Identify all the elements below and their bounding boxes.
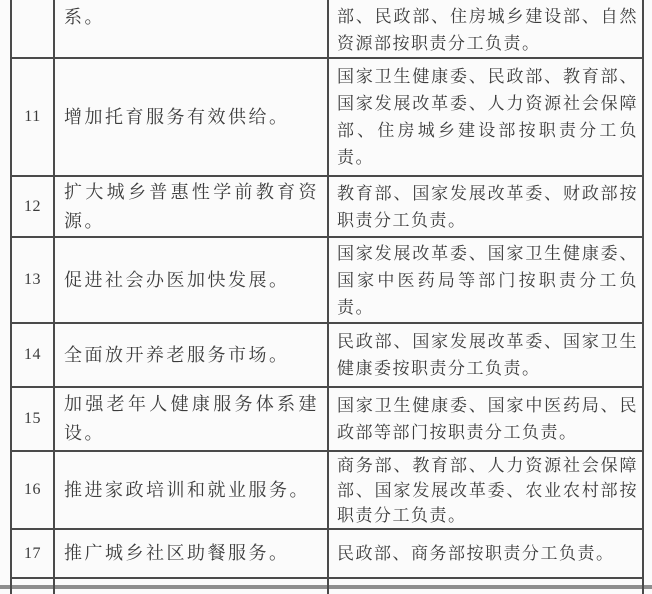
task-cell: 推进家政培训和就业服务。 bbox=[55, 452, 329, 528]
table-row: 14 全面放开养老服务市场。 民政部、国家发展改革委、国家卫生健康委按职责分工负… bbox=[12, 324, 642, 388]
row-number-cell: 12 bbox=[12, 177, 55, 236]
task-text: 增加托育服务有效供给。 bbox=[64, 103, 319, 132]
task-cell bbox=[55, 579, 329, 594]
row-number-cell: 17 bbox=[12, 530, 55, 577]
row-number-cell bbox=[12, 579, 55, 594]
task-cell: 扩大城乡普惠性学前教育资源。 bbox=[55, 177, 329, 236]
row-number-cell: 11 bbox=[12, 59, 55, 175]
task-text: 扩大城乡普惠性学前教育资源。 bbox=[64, 178, 319, 236]
table-row: 15 加强老年人健康服务体系建设。 国家卫生健康委、国家中医药局、民政部等部门按… bbox=[12, 388, 642, 452]
departments-text: 民政部、商务部按职责分工负责。 bbox=[337, 540, 638, 567]
task-text: 推广城乡社区助餐服务。 bbox=[64, 539, 319, 568]
departments-cell: 国家发展改革委、国家卫生健康委、国家中医药局等部门按职责分工负责。 bbox=[329, 238, 642, 322]
task-text: 促进社会办医加快发展。 bbox=[64, 266, 319, 295]
responsibility-table: 系。 部、民政部、住房城乡建设部、自然资源部按职责分工负责。 11 增加托育服务… bbox=[10, 0, 644, 594]
departments-text: 国家卫生健康委、国家中医药局、民政部等部门按职责分工负责。 bbox=[337, 392, 638, 446]
departments-text: 商务部、教育部、人力资源社会保障部、国家发展改革委、农业农村部按职责分工负责。 bbox=[337, 453, 638, 528]
departments-cell bbox=[329, 579, 642, 594]
row-number: 12 bbox=[24, 198, 41, 216]
row-number-cell: 15 bbox=[12, 388, 55, 450]
row-number: 16 bbox=[24, 481, 41, 499]
row-number-cell: 16 bbox=[12, 452, 55, 528]
table-row: 系。 部、民政部、住房城乡建设部、自然资源部按职责分工负责。 bbox=[12, 0, 642, 59]
task-text: 全面放开养老服务市场。 bbox=[64, 341, 319, 370]
task-cell: 增加托育服务有效供给。 bbox=[55, 59, 329, 175]
departments-cell: 民政部、国家发展改革委、国家卫生健康委按职责分工负责。 bbox=[329, 324, 642, 386]
row-number-cell: 13 bbox=[12, 238, 55, 322]
task-text: 系。 bbox=[64, 3, 319, 32]
table-row: 16 推进家政培训和就业服务。 商务部、教育部、人力资源社会保障部、国家发展改革… bbox=[12, 452, 642, 530]
departments-text: 部、民政部、住房城乡建设部、自然资源部按职责分工负责。 bbox=[337, 3, 638, 57]
task-cell: 加强老年人健康服务体系建设。 bbox=[55, 388, 329, 450]
departments-text: 国家卫生健康委、民政部、教育部、国家发展改革委、人力资源社会保障部、住房城乡建设… bbox=[337, 63, 638, 171]
row-number: 15 bbox=[24, 410, 41, 428]
task-cell: 全面放开养老服务市场。 bbox=[55, 324, 329, 386]
departments-cell: 商务部、教育部、人力资源社会保障部、国家发展改革委、农业农村部按职责分工负责。 bbox=[329, 452, 642, 528]
table-row bbox=[12, 579, 642, 594]
row-number: 17 bbox=[24, 545, 41, 563]
departments-cell: 国家卫生健康委、国家中医药局、民政部等部门按职责分工负责。 bbox=[329, 388, 642, 450]
task-cell: 系。 bbox=[55, 0, 329, 57]
table-row: 11 增加托育服务有效供给。 国家卫生健康委、民政部、教育部、国家发展改革委、人… bbox=[12, 59, 642, 177]
task-cell: 推广城乡社区助餐服务。 bbox=[55, 530, 329, 577]
row-number: 11 bbox=[24, 108, 40, 126]
task-text: 推进家政培训和就业服务。 bbox=[64, 476, 319, 505]
table-row: 12 扩大城乡普惠性学前教育资源。 教育部、国家发展改革委、财政部按职责分工负责… bbox=[12, 177, 642, 238]
scanned-document-page: 系。 部、民政部、住房城乡建设部、自然资源部按职责分工负责。 11 增加托育服务… bbox=[0, 0, 652, 594]
row-number-cell bbox=[12, 0, 55, 57]
row-number: 14 bbox=[24, 346, 41, 364]
table-row: 13 促进社会办医加快发展。 国家发展改革委、国家卫生健康委、国家中医药局等部门… bbox=[12, 238, 642, 324]
departments-text: 教育部、国家发展改革委、财政部按职责分工负责。 bbox=[337, 180, 638, 234]
departments-cell: 教育部、国家发展改革委、财政部按职责分工负责。 bbox=[329, 177, 642, 236]
task-text: 加强老年人健康服务体系建设。 bbox=[64, 390, 319, 448]
departments-cell: 部、民政部、住房城乡建设部、自然资源部按职责分工负责。 bbox=[329, 0, 642, 57]
departments-cell: 民政部、商务部按职责分工负责。 bbox=[329, 530, 642, 577]
table-row: 17 推广城乡社区助餐服务。 民政部、商务部按职责分工负责。 bbox=[12, 530, 642, 579]
row-number-cell: 14 bbox=[12, 324, 55, 386]
departments-cell: 国家卫生健康委、民政部、教育部、国家发展改革委、人力资源社会保障部、住房城乡建设… bbox=[329, 59, 642, 175]
row-number: 13 bbox=[24, 271, 41, 289]
departments-text: 国家发展改革委、国家卫生健康委、国家中医药局等部门按职责分工负责。 bbox=[337, 240, 638, 321]
task-cell: 促进社会办医加快发展。 bbox=[55, 238, 329, 322]
departments-text: 民政部、国家发展改革委、国家卫生健康委按职责分工负责。 bbox=[337, 328, 638, 382]
